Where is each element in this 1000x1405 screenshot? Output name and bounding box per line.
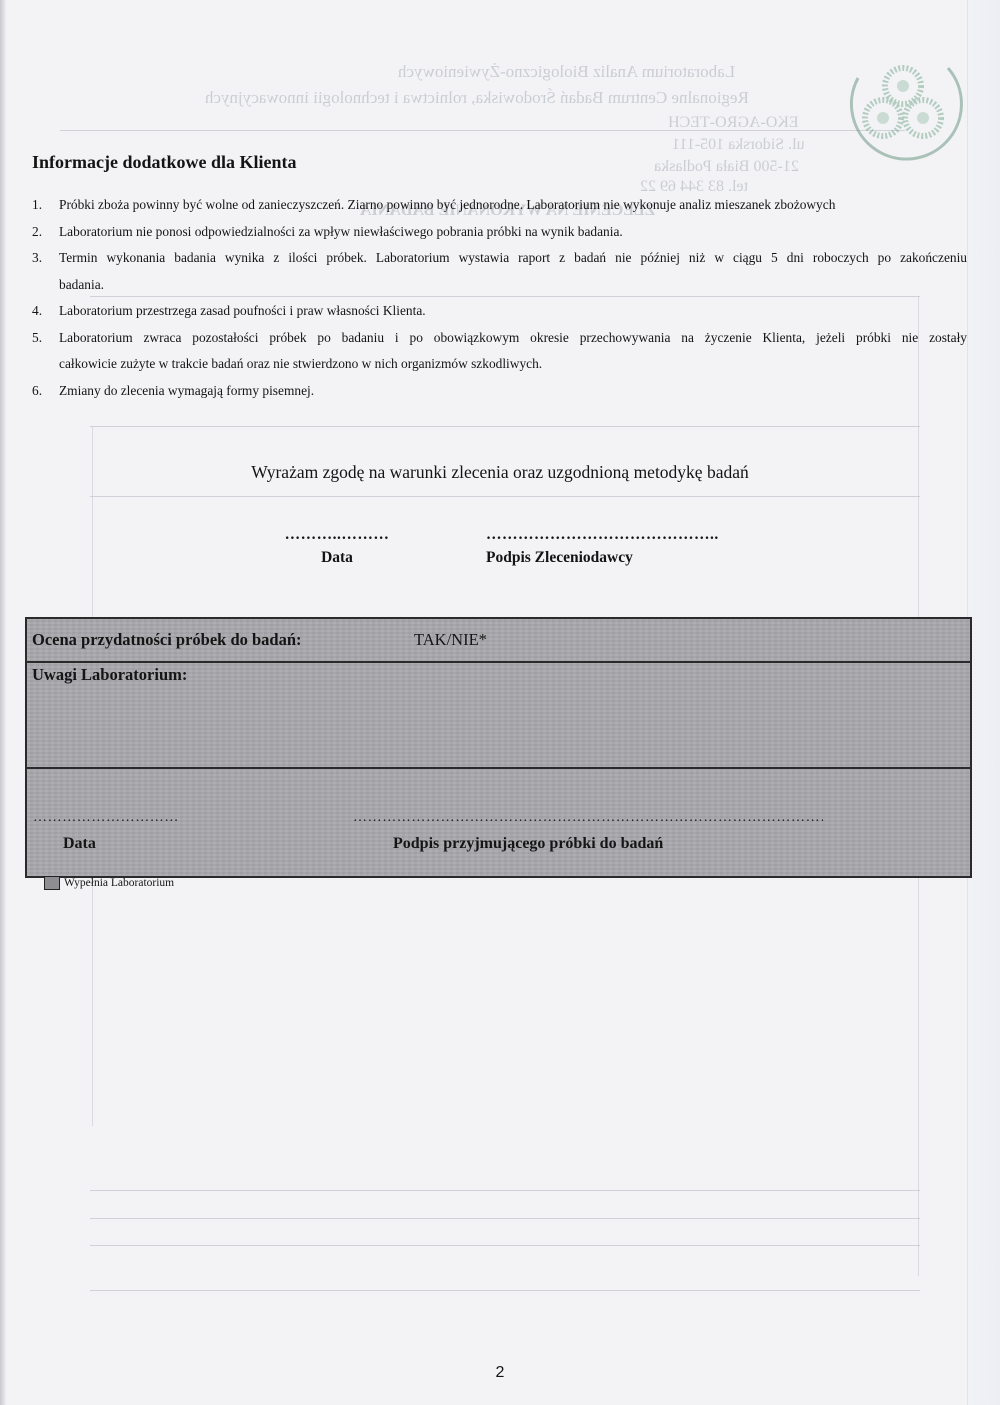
- suitability-label: Ocena przydatności próbek do badań:: [32, 630, 302, 650]
- legend: Wypełnia Laboratorium: [44, 876, 174, 890]
- bleed-through-rule: [90, 1218, 920, 1219]
- lab-signature-row: ………………………… Data …………………………………………………………………: [27, 769, 970, 876]
- client-date-field[interactable]: ………..……… Data: [272, 528, 402, 567]
- date-dotted-line: …………………………: [33, 813, 183, 823]
- info-item: 1. Próbki zboża powinny być wolne od zan…: [32, 192, 967, 219]
- lab-signature-field[interactable]: ………………………………………………………………………………………… Podpi…: [353, 813, 823, 853]
- bleed-through-rule: [90, 1245, 920, 1246]
- item-number: 3.: [32, 245, 59, 298]
- item-text-block: Laboratorium zwraca pozostałości próbek …: [59, 325, 967, 378]
- bleed-through-text: Regionalne Centrum Badań Środowiska, rol…: [205, 88, 749, 108]
- item-number: 6.: [32, 378, 59, 405]
- bleed-through-rule: [90, 1290, 920, 1291]
- page-edge-left: [0, 0, 6, 1405]
- suitability-value[interactable]: TAK/NIE*: [414, 630, 487, 650]
- info-item: 2. Laboratorium nie ponosi odpowiedzialn…: [32, 219, 967, 246]
- signature-dotted-line: ……………………………………..: [486, 528, 736, 542]
- client-signature-field[interactable]: …………………………………….. Podpis Zleceniodawcy: [486, 528, 736, 567]
- item-number: 1.: [32, 192, 59, 219]
- lab-remarks-row[interactable]: Uwagi Laboratorium:: [27, 663, 970, 769]
- date-dotted-line: ………..………: [272, 528, 402, 542]
- item-text: Zmiany do zlecenia wymagają formy pisemn…: [59, 378, 967, 405]
- bleed-through-text: ul. Sidorska 105-111: [672, 136, 805, 154]
- bleed-through-text: 21-500 Biała Podlaska: [654, 158, 799, 176]
- item-text: Laboratorium zwraca pozostałości próbek …: [59, 325, 967, 352]
- bleed-through-rule: [90, 496, 920, 497]
- bleed-through-text: Laboratorium Analiz Biologiczno-Żywienio…: [398, 62, 735, 82]
- item-number: 5.: [32, 325, 59, 378]
- signature-dotted-line: …………………………………………………………………………………………: [353, 813, 823, 823]
- item-text: Próbki zboża powinny być wolne od zaniec…: [59, 192, 967, 219]
- suitability-row: Ocena przydatności próbek do badań: TAK/…: [27, 619, 970, 663]
- lab-date-field[interactable]: ………………………… Data: [33, 813, 183, 853]
- page-number: 2: [0, 1364, 1000, 1382]
- laboratory-section: Ocena przydatności próbek do badań: TAK/…: [25, 617, 972, 878]
- laboratory-stamp-icon: [838, 38, 968, 168]
- info-item: 3. Termin wykonania badania wynika z ilo…: [32, 245, 967, 298]
- item-number: 2.: [32, 219, 59, 246]
- item-text-block: Termin wykonania badania wynika z ilości…: [59, 245, 967, 298]
- bleed-through-rule: [90, 426, 920, 427]
- signature-label: Podpis przyjmującego próbki do badań: [353, 835, 823, 853]
- date-label: Data: [272, 549, 402, 567]
- item-text: Termin wykonania badania wynika z ilości…: [59, 245, 967, 272]
- signature-label: Podpis Zleceniodawcy: [486, 549, 736, 567]
- item-text: badania.: [59, 272, 967, 299]
- legend-label: Wypełnia Laboratorium: [64, 877, 174, 889]
- info-item: 4. Laboratorium przestrzega zasad poufno…: [32, 298, 967, 325]
- item-text: całkowicie zużyte w trakcie badań oraz n…: [59, 351, 967, 378]
- date-label: Data: [33, 835, 183, 853]
- item-number: 4.: [32, 298, 59, 325]
- info-item: 5. Laboratorium zwraca pozostałości prób…: [32, 325, 967, 378]
- consent-statement: Wyrażam zgodę na warunki zlecenia oraz u…: [0, 462, 1000, 483]
- item-text: Laboratorium przestrzega zasad poufności…: [59, 298, 967, 325]
- lab-remarks-label: Uwagi Laboratorium:: [32, 665, 187, 685]
- info-heading: Informacje dodatkowe dla Klienta: [32, 152, 297, 173]
- bleed-through-rule: [60, 130, 905, 131]
- info-item: 6. Zmiany do zlecenia wymagają formy pis…: [32, 378, 967, 405]
- info-list: 1. Próbki zboża powinny być wolne od zan…: [32, 192, 967, 404]
- bleed-through-rule: [90, 1190, 920, 1191]
- legend-swatch-icon: [44, 876, 60, 890]
- item-text: Laboratorium nie ponosi odpowiedzialnośc…: [59, 219, 967, 246]
